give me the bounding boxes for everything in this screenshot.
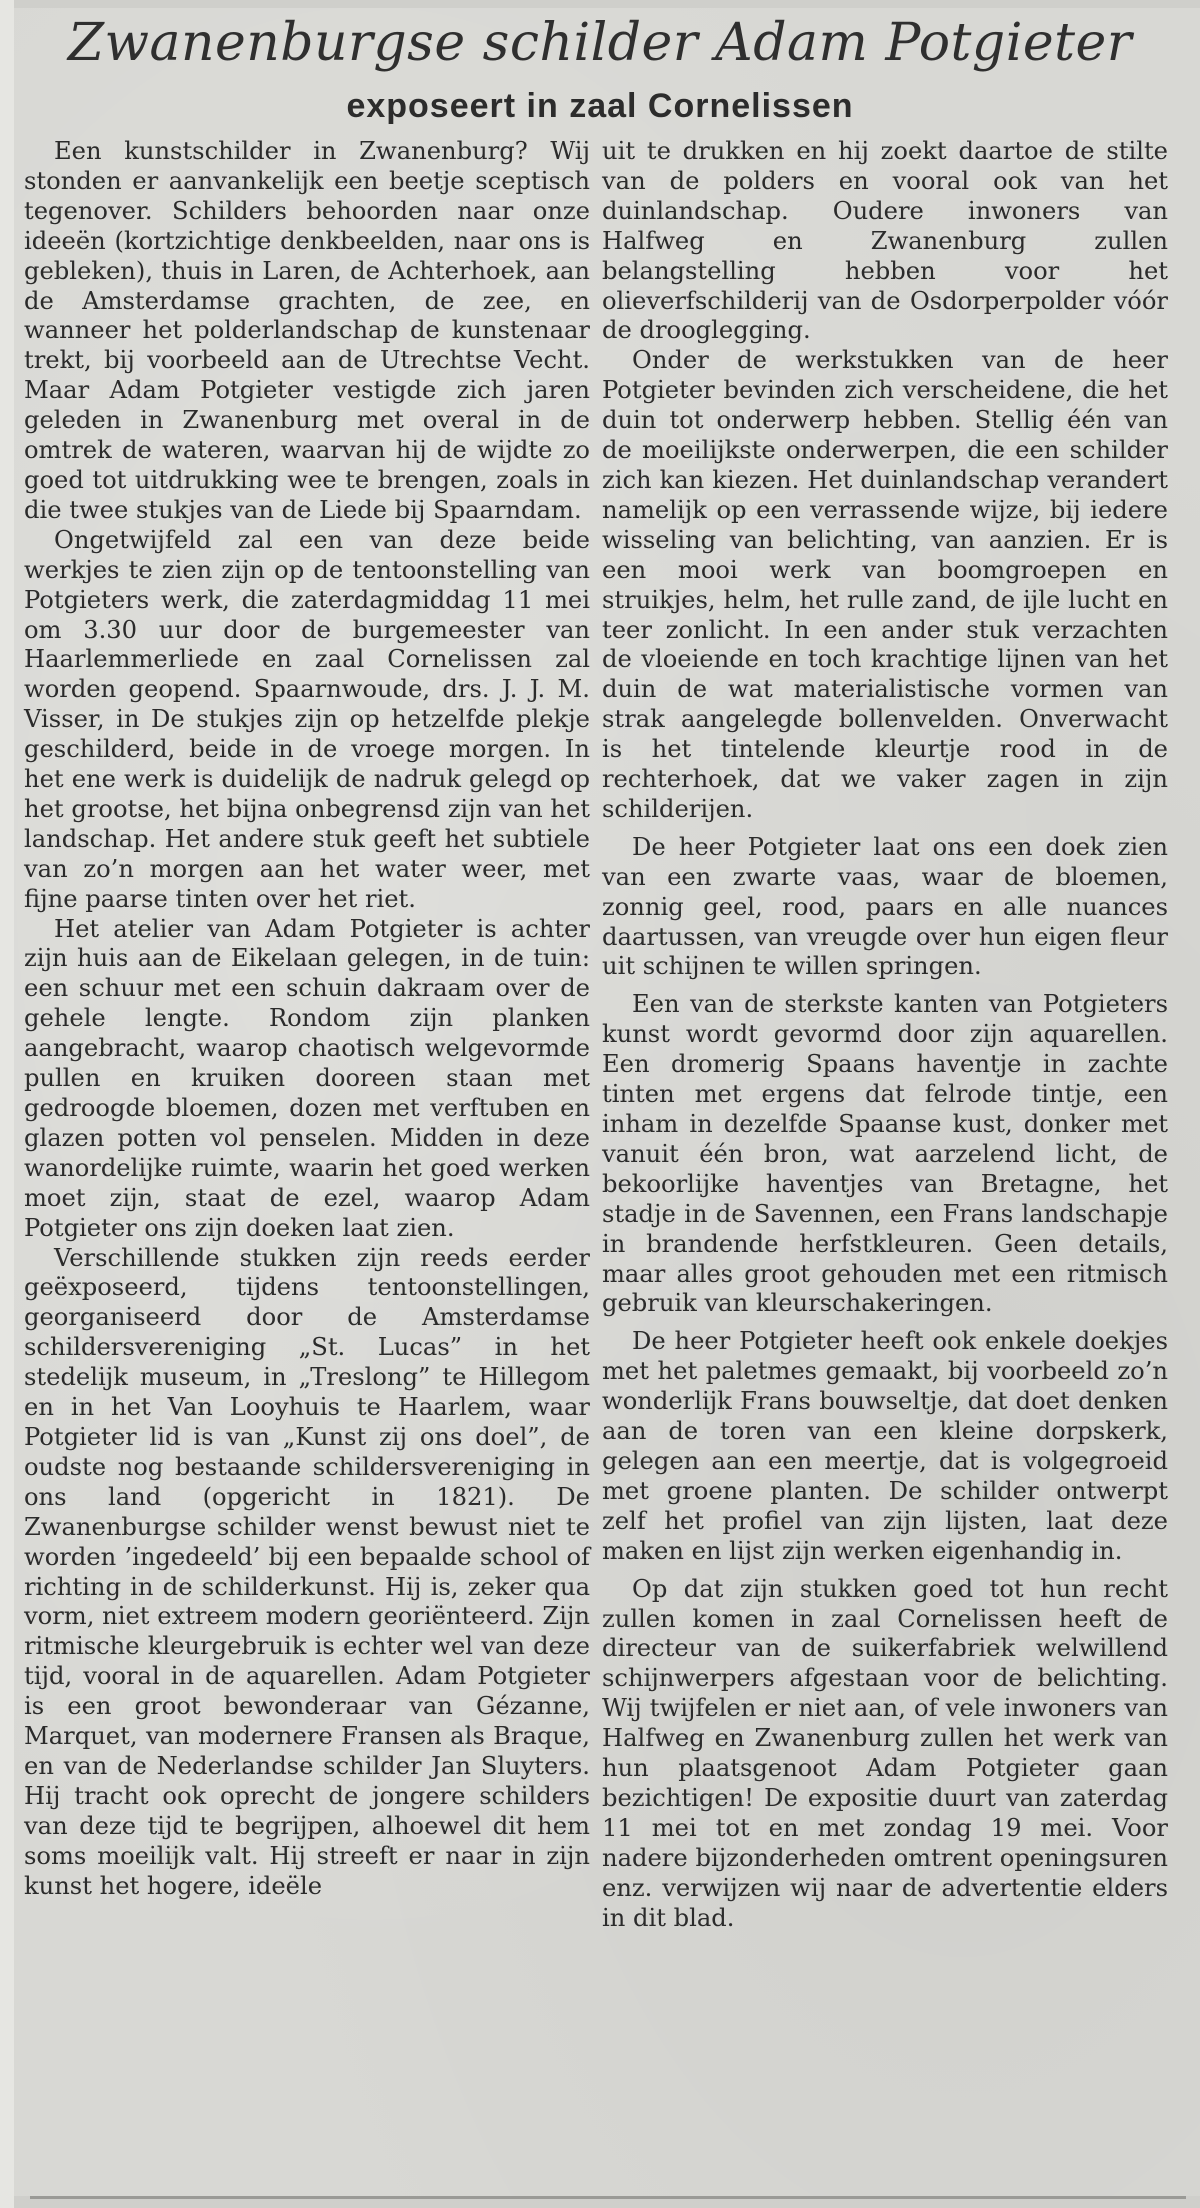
paragraph: Verschillende stukken zijn reeds eerder … [24,1244,590,1902]
paragraph: De heer Potgieter laat ons een doek zien… [602,833,1168,983]
scan-margin [0,0,14,2208]
article-column-right: uit te drukken en hij zoekt daartoe de s… [602,137,1168,1933]
paragraph: uit te drukken en hij zoekt daartoe de s… [602,137,1168,346]
paragraph: Ongetwijfeld zal een van deze beide werk… [24,526,590,915]
paragraph: Onder de werkstukken van de heer Potgiet… [602,346,1168,825]
paragraph: Op dat zijn stukken goed tot hun recht z… [602,1575,1168,1934]
bottom-border-rule [30,2196,1186,2199]
article-column-left: Een kunstschilder in Zwanenburg? Wij sto… [24,137,590,1901]
paragraph: Een van de sterkste kanten van Potgieter… [602,990,1168,1319]
paragraph: Het atelier van Adam Potgieter is achter… [24,915,590,1244]
article-headline: Zwanenburgse schilder Adam Potgieter [0,8,1200,78]
article-subheadline: exposeert in zaal Cornelissen [0,84,1200,128]
paragraph: De heer Potgieter heeft ook enkele doekj… [602,1327,1168,1566]
paragraph: Een kunstschilder in Zwanenburg? Wij sto… [24,137,590,526]
